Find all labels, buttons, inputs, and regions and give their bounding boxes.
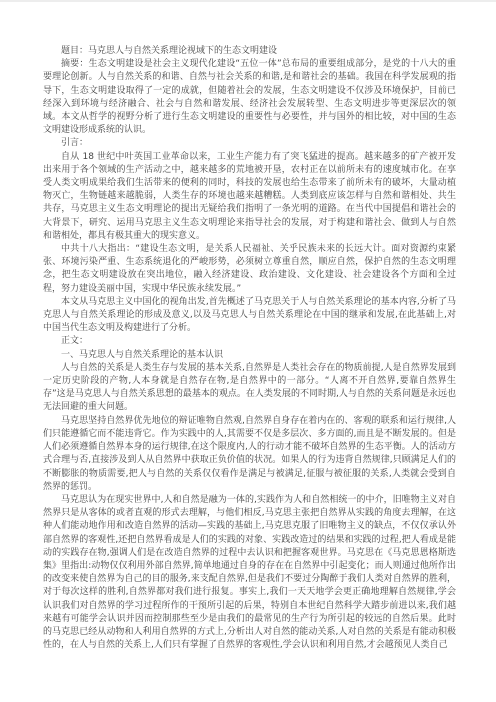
abstract-paragraph: 摘要：生态文明建设是社会主义现代化建设“五位一体”总布局的重要组成部分，是党的十…: [43, 58, 456, 137]
introduction-paragraph: 自从 18 世纪中叶英国工业革命以来，工业生产能力有了突飞猛进的提高。越来越多的…: [43, 151, 456, 243]
page-top-edge: [0, 0, 496, 2]
document-page: 题目：马克思人与自然关系理论视域下的生态文明建设 摘要：生态文明建设是社会主义现…: [0, 0, 496, 702]
introduction-label: 引言：: [43, 137, 456, 150]
section-one-paragraph-2: 马克思坚持自然界优先地位的辩证唯物自然观,自然界自身存在着内在的、客观的联系和运…: [43, 415, 456, 494]
congress-quote-paragraph: 中共十八大指出：“建设生态文明，是关系人民福祉、关乎民族未来的长远大计。面对资源…: [43, 243, 456, 296]
document-title: 题目：马克思人与自然关系理论视域下的生态文明建设: [43, 45, 456, 58]
main-text-label: 正文：: [43, 335, 456, 348]
section-one-heading: 一、马克思人与自然关系理论的基本认识: [43, 349, 456, 362]
section-one-paragraph-1: 人与自然的关系是人类生存与发展的基本关系,自然界是人类社会存在的物质前提,人是自…: [43, 362, 456, 415]
overview-paragraph: 本文从马克思主义中国化的视角出发,首先概述了马克思关于人与自然关系理论的基本内容…: [43, 296, 456, 336]
section-one-paragraph-3: 马克思认为在现实世界中,人和自然是融为一体的,实践作为人和自然相统一的中介，旧唯…: [43, 494, 456, 652]
